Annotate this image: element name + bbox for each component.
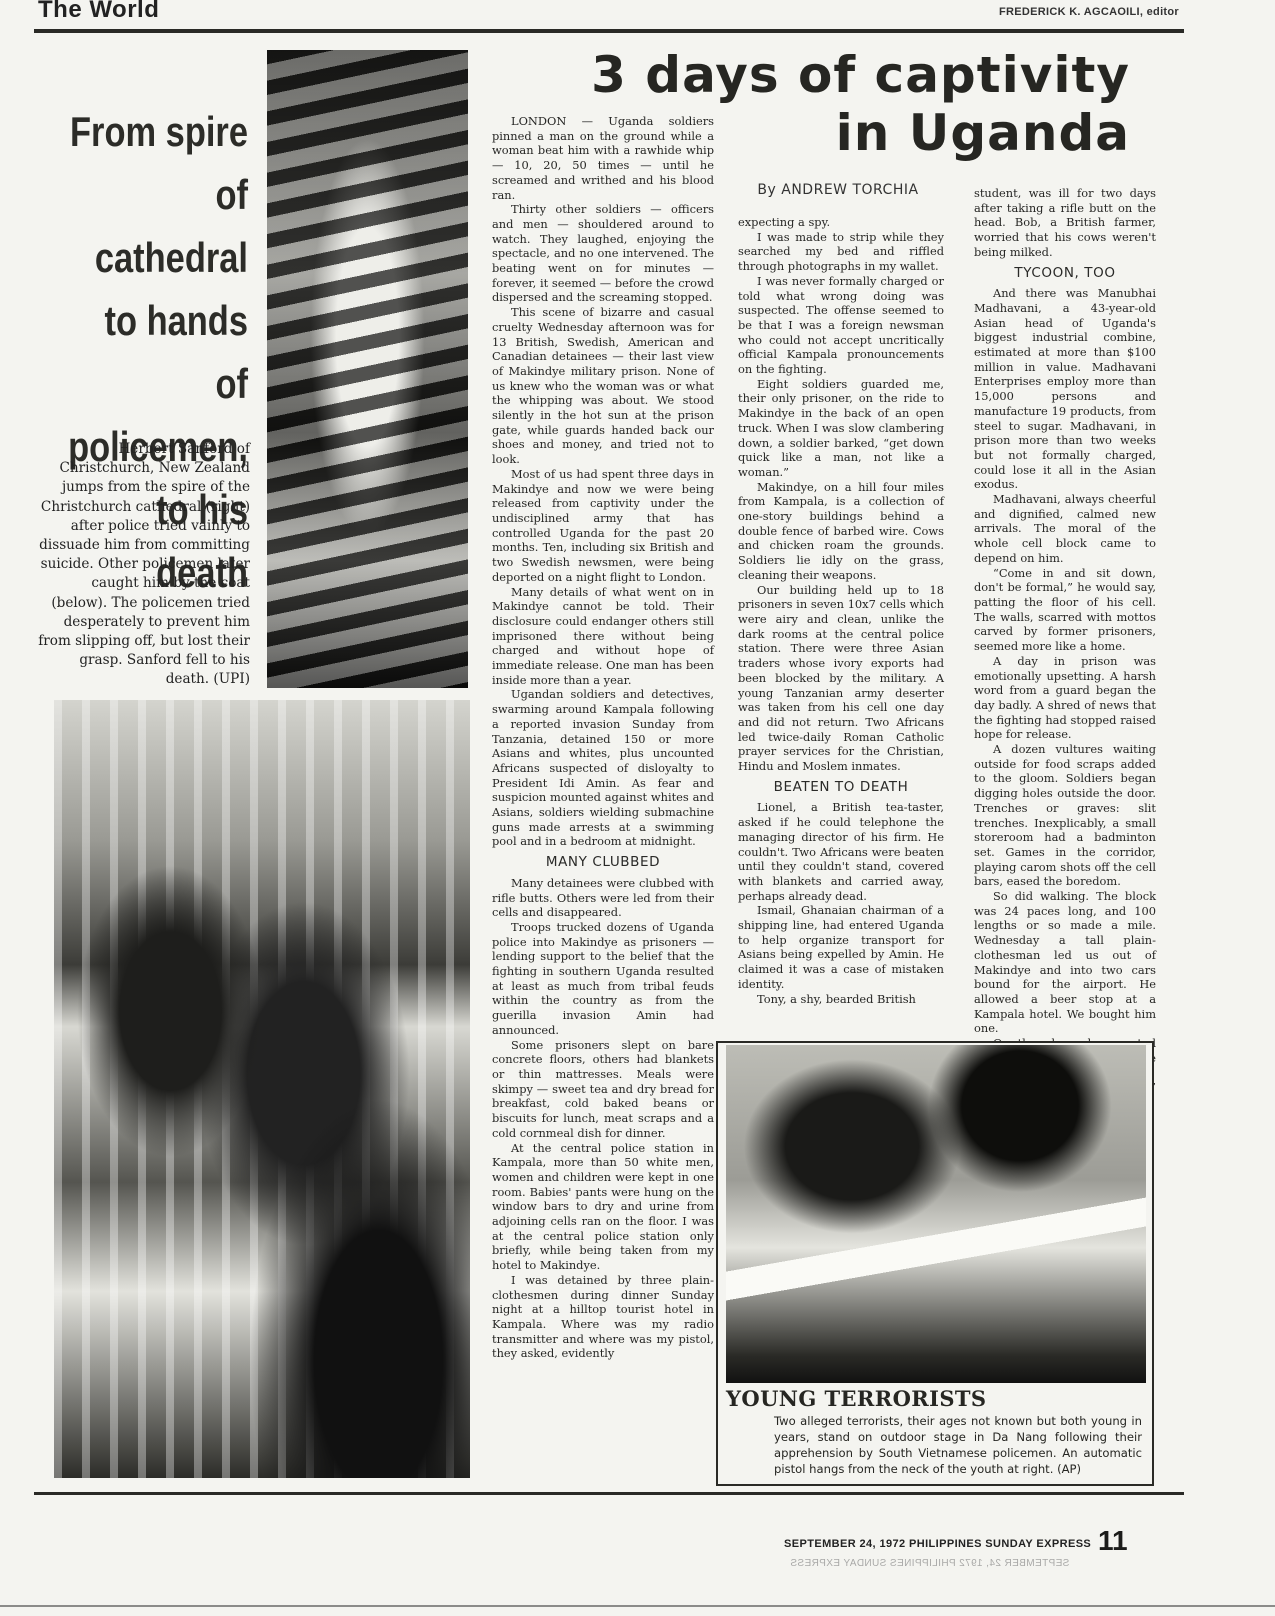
paragraph: This scene of bizarre and casual cruelty…	[492, 305, 714, 467]
footer-dateline: SEPTEMBER 24, 1972 PHILIPPINES SUNDAY EX…	[784, 1538, 1091, 1550]
paragraph: Eight soldiers guarded me, their only pr…	[738, 377, 944, 480]
main-headline-line1: 3 days of captivity	[470, 46, 1130, 104]
paragraph: student, was ill for two days after taki…	[974, 186, 1156, 260]
cathedral-spire-photo	[267, 50, 468, 688]
page-edge-rule	[0, 1605, 1275, 1607]
article-column-3: student, was ill for two days after taki…	[974, 186, 1156, 1124]
paragraph: I was made to strip while they searched …	[738, 230, 944, 274]
byline: By ANDREW TORCHIA	[738, 182, 938, 198]
paragraph: Lionel, a British tea-taster, asked if h…	[738, 800, 944, 903]
footer-bleedthrough: SEPTEMBER 24, 1972 PHILIPPINES SUNDAY EX…	[790, 1558, 1069, 1569]
young-terrorists-photo	[726, 1045, 1146, 1383]
paragraph: Madhavani, always cheerful and dignified…	[974, 492, 1156, 566]
subhead-beaten-to-death: BEATEN TO DEATH	[738, 780, 944, 795]
paragraph: Ismail, Ghanaian chairman of a shipping …	[738, 903, 944, 991]
side-headline-line: to hands of	[68, 289, 248, 415]
young-terrorists-box: YOUNG TERRORISTS Two alleged terrorists,…	[716, 1041, 1154, 1486]
subhead-tycoon-too: TYCOON, TOO	[974, 266, 1156, 281]
paragraph: Troops trucked dozens of Uganda police i…	[492, 920, 714, 1038]
header-rule	[34, 29, 1184, 33]
paragraph: Most of us had spent three days in Makin…	[492, 467, 714, 585]
paragraph: Our building held up to 18 prisoners in …	[738, 583, 944, 774]
paragraph: A day in prison was emotionally upsettin…	[974, 654, 1156, 742]
paragraph: At the central police station in Kampala…	[492, 1141, 714, 1273]
page-number: 11	[1098, 1525, 1128, 1557]
paragraph: A dozen vultures waiting outside for foo…	[974, 742, 1156, 889]
paragraph: Many detainees were clubbed with rifle b…	[492, 876, 714, 920]
article-column-1: LONDON — Uganda soldiers pinned a man on…	[492, 114, 714, 1361]
paragraph: Tony, a shy, bearded British	[738, 992, 944, 1007]
paragraph: I was never formally charged or told wha…	[738, 274, 944, 377]
paragraph: Makindye, on a hill four miles from Kamp…	[738, 480, 944, 583]
paragraph: I was detained by three plain-clothesmen…	[492, 1273, 714, 1361]
side-headline-line: From spire	[68, 100, 248, 163]
paragraph: LONDON — Uganda soldiers pinned a man on…	[492, 114, 714, 202]
paragraph: expecting a spy.	[738, 215, 944, 230]
editor-credit: FREDERICK K. AGCAOILI, editor	[999, 6, 1179, 18]
side-headline-line: of cathedral	[68, 163, 248, 289]
subhead-many-clubbed: MANY CLUBBED	[492, 855, 714, 870]
paragraph: Ugandan soldiers and detectives, swarmin…	[492, 687, 714, 849]
photo-box-title: YOUNG TERRORISTS	[726, 1386, 987, 1411]
section-label: The World	[38, 0, 159, 24]
article-column-2: expecting a spy. I was made to strip whi…	[738, 215, 944, 1006]
policemen-grasp-photo	[54, 700, 470, 1478]
side-photo-caption: Herbert Sanford of Christchurch, New Zea…	[34, 440, 250, 690]
paragraph: Some prisoners slept on bare concrete fl…	[492, 1038, 714, 1141]
paragraph: Many details of what went on in Makindye…	[492, 585, 714, 688]
paragraph: And there was Manubhai Madhavani, a 43-y…	[974, 286, 1156, 492]
paragraph: So did walking. The block was 24 paces l…	[974, 889, 1156, 1036]
paragraph: Thirty other soldiers — officers and men…	[492, 202, 714, 305]
photo-box-caption: Two alleged terrorists, their ages not k…	[774, 1413, 1142, 1477]
footer-rule	[34, 1492, 1184, 1495]
paragraph: “Come in and sit down, don't be formal,”…	[974, 566, 1156, 654]
